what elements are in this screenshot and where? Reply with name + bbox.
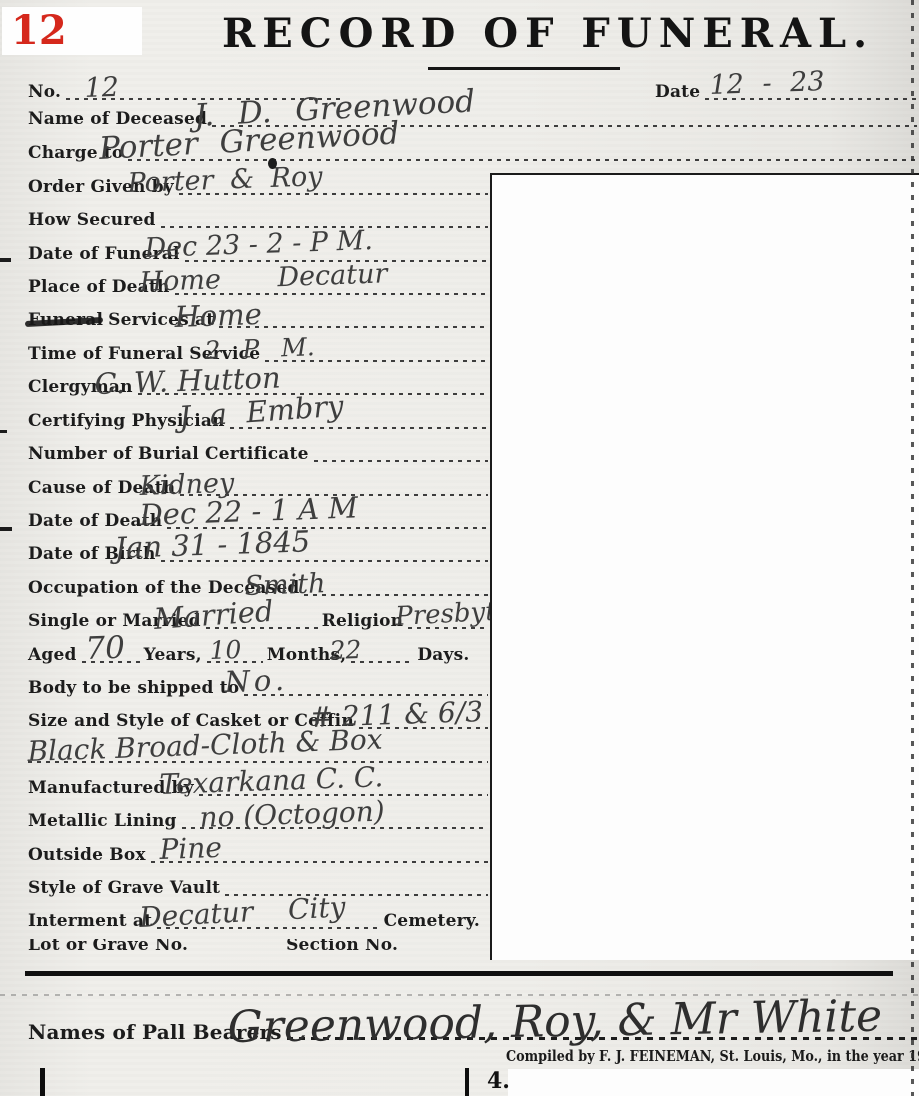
field-body-shipped-to-value: No. — [224, 666, 289, 697]
field-lot-or-grave-no-label: Lot or Grave No. — [28, 939, 188, 956]
field-date: Date 12 - 23 — [655, 77, 917, 103]
field-number-of-burial-certificate-line — [314, 460, 488, 462]
field-body-shipped-to: Body to be shipped to No. — [28, 673, 488, 699]
field-interment-cemetery-label: Cemetery. — [384, 912, 480, 932]
field-date-of-funeral-value: Dec 23 - 2 - P M. — [144, 227, 373, 262]
footer-tick-mark-left — [40, 1068, 45, 1096]
blank-bottom-right-region — [508, 1069, 919, 1096]
field-no-label: No. — [28, 83, 61, 103]
field-body-shipped-to-label: Body to be shipped to — [28, 679, 239, 699]
field-place-of-death-value: Home Decatur — [139, 260, 388, 296]
field-aged-label: Aged — [28, 646, 77, 666]
field-aged-months-value: 10 — [209, 637, 242, 663]
field-order-given-by: Order Given by Porter & Roy — [28, 172, 488, 198]
field-single-or-married-value: Married — [153, 597, 274, 634]
field-place-of-death: Place of Death Home Decatur — [28, 272, 488, 298]
field-certifying-physician: Certifying Physician J a Embry — [28, 406, 488, 432]
footer-page-number: 4. — [487, 1068, 510, 1094]
field-manufactured-by-value: Texarkana C. C. — [159, 763, 384, 799]
field-funeral-services-at-label-struck: Funeral — [28, 311, 103, 331]
field-order-given-by-value: Porter & Roy — [127, 163, 323, 197]
ink-blot-artifact — [268, 158, 277, 169]
field-date-value: 12 - 23 — [709, 68, 825, 99]
field-manufactured-by: Manufactured by Texarkana C. C. — [28, 773, 488, 799]
field-metallic-lining-value: no (Octogon) — [199, 798, 385, 832]
scanned-funeral-record-page: 12 RECORD OF FUNERAL. No. 12 Date 12 - 2… — [0, 0, 919, 1096]
field-section-no-label: Section No. — [286, 939, 398, 956]
page-number-stamp: 12 — [11, 8, 67, 54]
field-lot-or-grave-no: Lot or Grave No. Section No. — [28, 939, 488, 956]
field-casket-line2: Black Broad-Cloth & Box — [28, 740, 488, 766]
field-interment-at: Interment at Cemetery. Decatur City — [28, 906, 480, 932]
field-religion-label: Religion — [322, 612, 404, 632]
field-aged: Aged Years, Months, Days. 70 10 22 — [28, 640, 460, 666]
field-date-of-birth-value: Jan 31 - 1845 — [114, 527, 311, 563]
field-date-of-birth: Date of Birth Jan 31 - 1845 — [28, 539, 488, 565]
field-how-secured-label: How Secured — [28, 211, 156, 231]
field-aged-years-value: 70 — [85, 633, 126, 665]
field-how-secured: How Secured — [28, 205, 488, 231]
field-no-value: 12 — [84, 74, 119, 102]
field-pall-bearers-value: Greenwood, Roy, & Mr White — [227, 995, 882, 1050]
field-style-of-grave-vault-label: Style of Grave Vault — [28, 879, 220, 899]
scan-edge-artifact — [0, 258, 11, 262]
field-funeral-services-at: Funeral Services at Home — [28, 305, 488, 331]
field-metallic-lining-label: Metallic Lining — [28, 812, 177, 832]
field-outside-box-label: Outside Box — [28, 846, 146, 866]
field-aged-days-label: Days. — [417, 646, 469, 666]
scan-edge-artifact — [0, 430, 7, 433]
field-date-of-death-value: Dec 22 - 1 A M — [139, 493, 358, 530]
field-metallic-lining: Metallic Lining no (Octogon) — [28, 806, 488, 832]
field-certifying-physician-value: J a Embry — [178, 392, 344, 432]
field-occupation-line — [304, 594, 488, 596]
section-separator-line — [25, 971, 893, 976]
blank-paste-over-region — [490, 173, 919, 960]
field-time-of-funeral-service-value: 2 P M. — [204, 334, 315, 363]
field-single-or-married: Single or Married Religion Married Presb… — [28, 606, 488, 632]
scan-edge-artifact — [0, 527, 12, 531]
field-interment-at-label: Interment at — [28, 912, 152, 932]
field-number-of-burial-certificate-label: Number of Burial Certificate — [28, 445, 309, 465]
right-edge-dashed-line — [911, 0, 914, 1096]
field-number-of-burial-certificate: Number of Burial Certificate — [28, 439, 488, 465]
field-aged-days-value: 22 — [329, 637, 362, 663]
field-clergyman-value: C. W. Hutton — [94, 364, 281, 399]
field-outside-box-value: Pine — [159, 834, 222, 864]
form-title: RECORD OF FUNERAL. — [222, 10, 874, 57]
field-date-of-funeral: Date of Funeral Dec 23 - 2 - P M. — [28, 239, 488, 265]
page-number-stamp-box: 12 — [2, 7, 142, 55]
footer-tick-mark-center — [465, 1068, 469, 1096]
field-funeral-services-at-value: Home — [174, 300, 262, 332]
title-underline — [428, 67, 620, 70]
compiled-by-credit: Compiled by F. J. FEINEMAN, St. Louis, M… — [506, 1048, 919, 1065]
field-outside-box: Outside Box Pine — [28, 840, 488, 866]
field-charge-to: Charge to Porter Greenwood — [28, 138, 917, 164]
field-name-of-deceased: Name of Deceased J. D. Greenwood — [28, 104, 917, 130]
field-date-label: Date — [655, 83, 700, 103]
field-pall-bearers: Names of Pall Bearers Greenwood, Roy, & … — [28, 1014, 917, 1044]
field-aged-years-label: Years, — [144, 646, 202, 666]
